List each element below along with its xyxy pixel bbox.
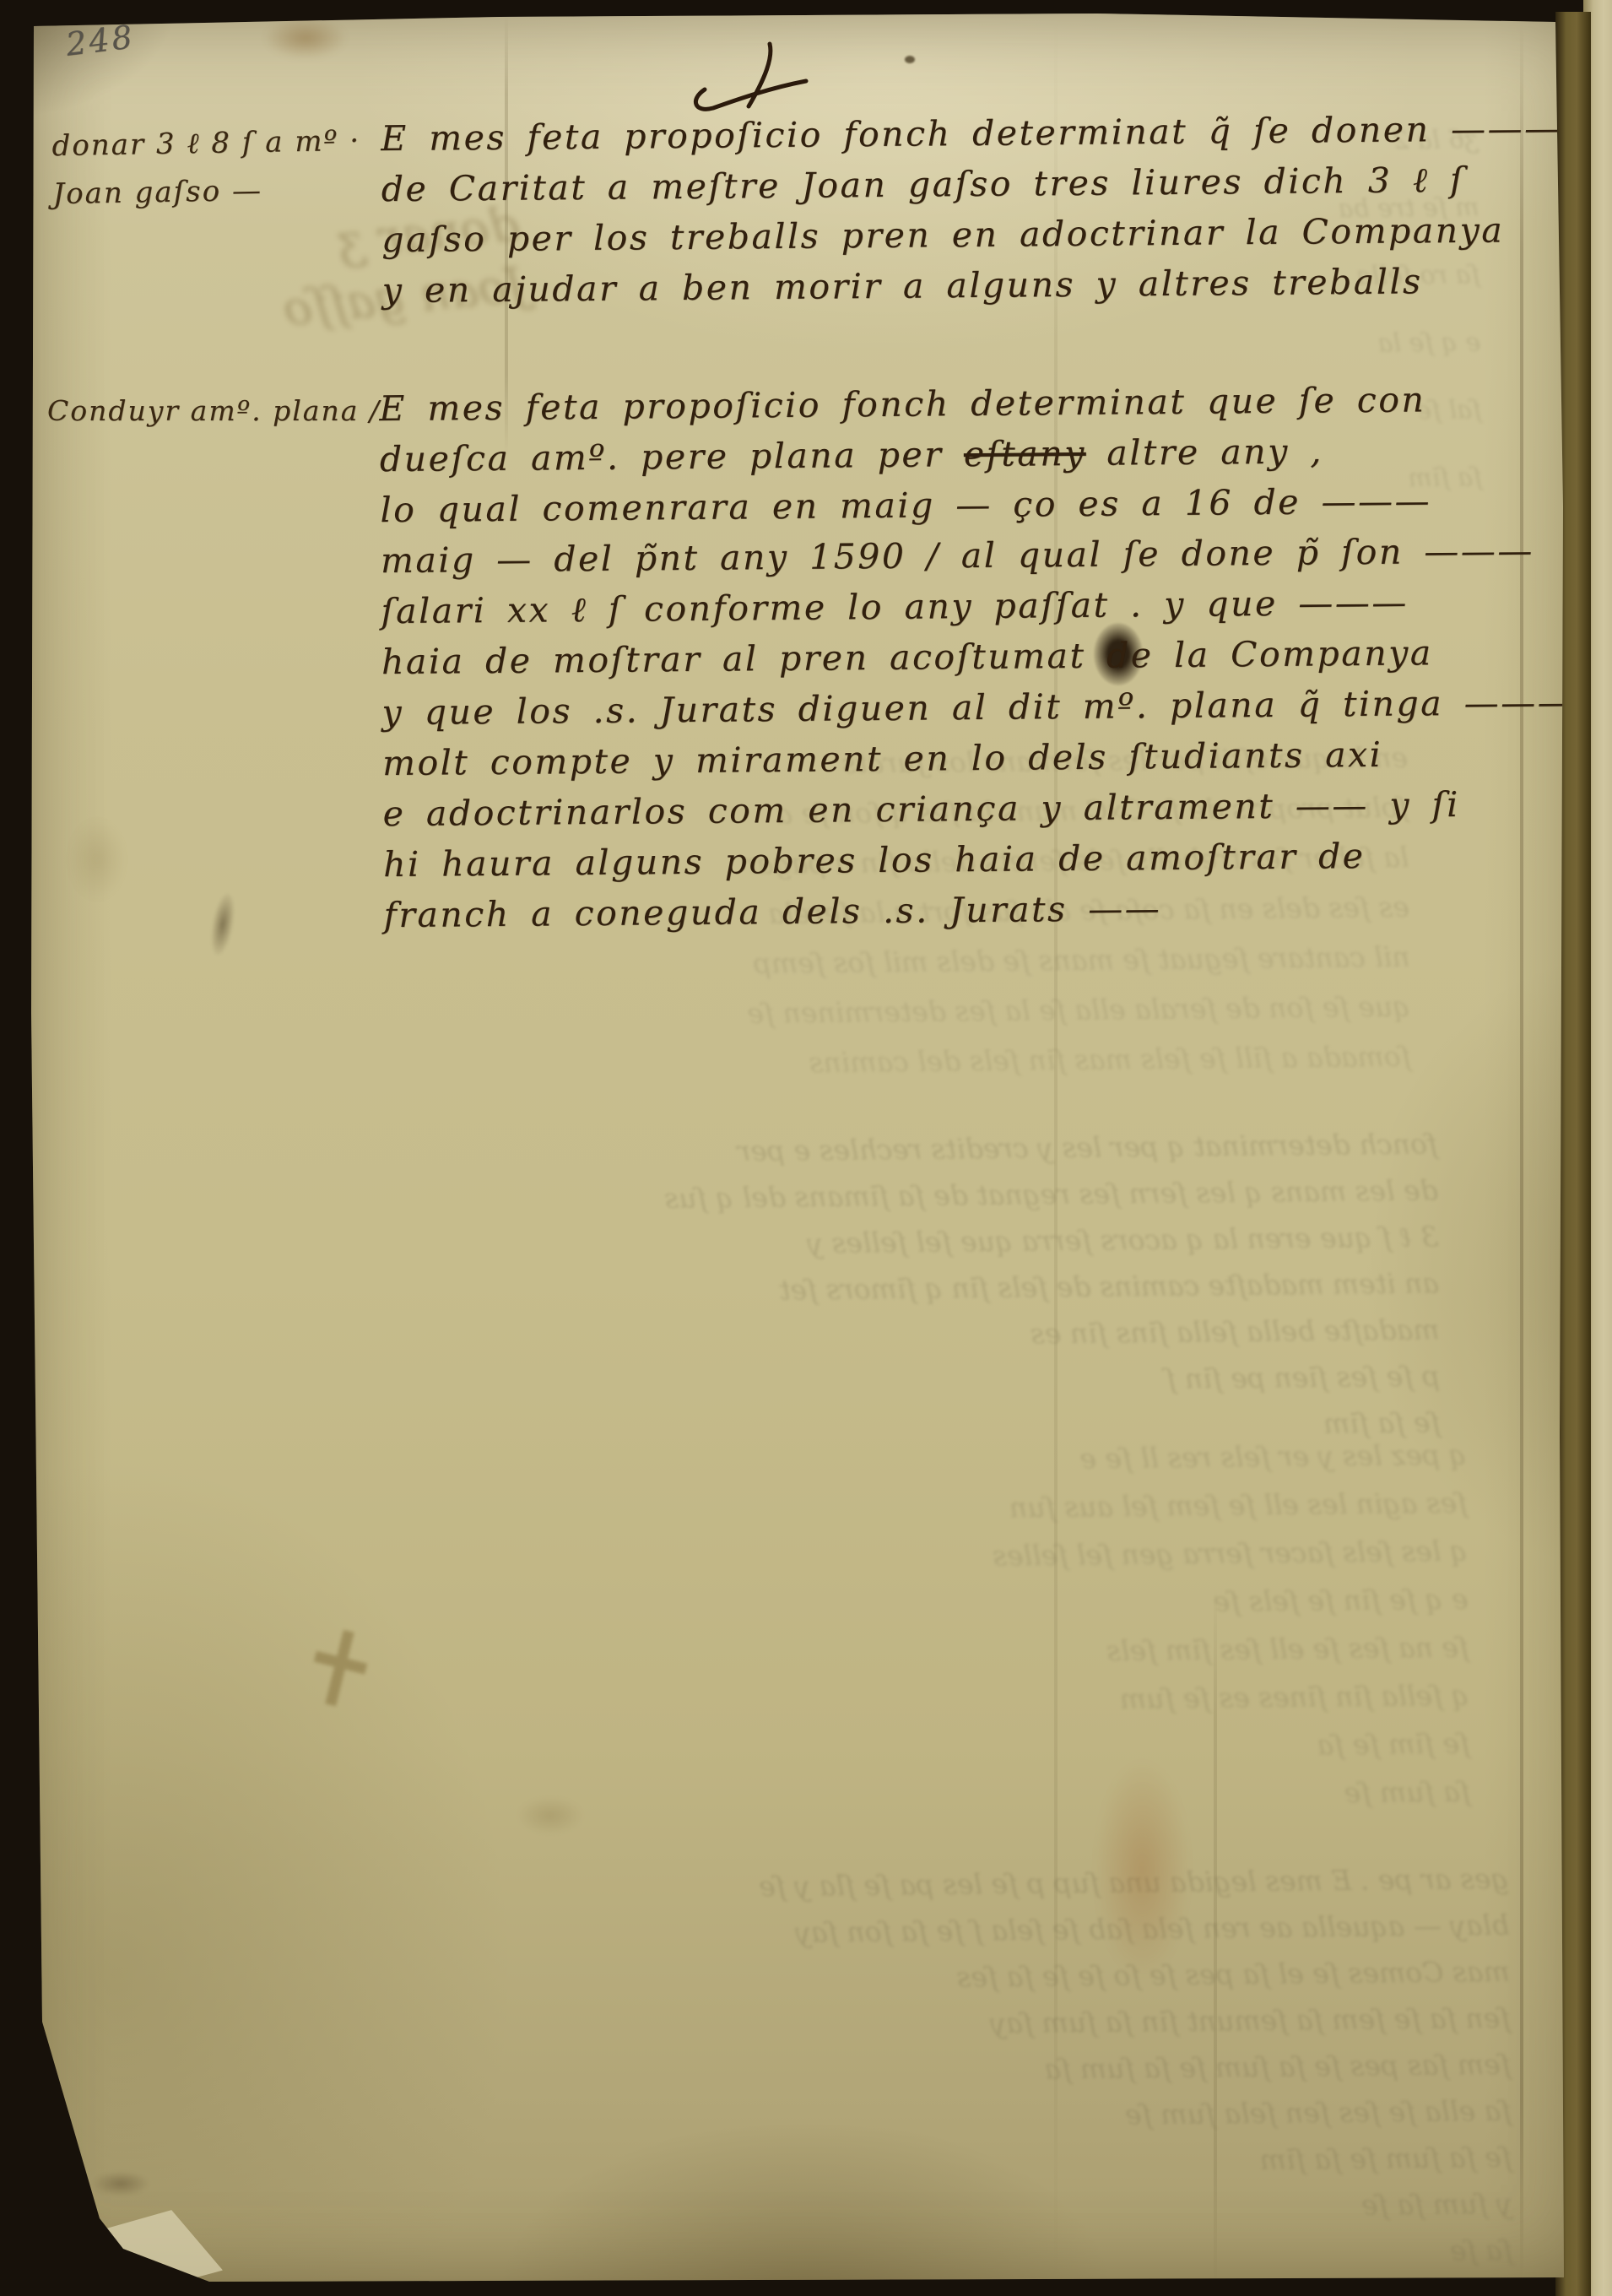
text-segment: altre any , <box>1086 430 1323 473</box>
margin-note-2: Conduyr amº. plana / <box>47 387 381 435</box>
text-line: E mes feta propoſicio fonch determinat q… <box>379 373 1571 434</box>
manuscript-page: donar ʒ Joan gaſſo ʒ6 la 2 m ſe tre ba ſ… <box>0 0 1612 2296</box>
margin-note-1: donar 3 ℓ 8 ſ a mº · Joan gaſso — <box>51 117 362 219</box>
rust-stain <box>1094 1757 1191 1981</box>
entry-1-text: E mes feta propoſicio fonch determinat q… <box>381 103 1562 316</box>
invocation-cross-icon <box>688 39 814 115</box>
stain <box>905 56 915 63</box>
text-segment: dueſca amº. pere plana per <box>380 434 964 479</box>
showthrough-band-two: fonch determinat q per les y credits rec… <box>53 1120 1441 1459</box>
margin-note-line: donar 3 ℓ 8 ſ a mº · <box>51 117 361 171</box>
entry-2-text: E mes feta propoſicio fonch determinat q… <box>379 373 1576 940</box>
text-line: e adoctrinarlos com en criança y altrame… <box>382 778 1575 839</box>
stain <box>263 17 348 59</box>
struck-word: eſtany <box>964 433 1086 474</box>
folio-number: 248 <box>64 18 137 63</box>
margin-note-line: Conduyr amº. plana / <box>47 387 381 435</box>
stain <box>68 817 127 902</box>
text-line: y en ajudar a ben morir a alguns y altre… <box>382 255 1563 316</box>
stain <box>91 2171 150 2196</box>
showthrough-bottom-band: ges ar pe . E mes legida una ſup p ſe le… <box>192 1855 1512 2287</box>
stain <box>517 1796 584 1835</box>
manuscript-scan: donar ʒ Joan gaſſo ʒ6 la 2 m ſe tre ba ſ… <box>0 0 1612 2296</box>
text-line: franch a coneguda dels .s. Jurats —— <box>383 880 1576 940</box>
text-line: y que los .s. Jurats diguen al dit mº. p… <box>381 677 1574 738</box>
fold-crease <box>1520 22 1523 2281</box>
margin-note-line: Joan gaſso — <box>52 165 362 219</box>
